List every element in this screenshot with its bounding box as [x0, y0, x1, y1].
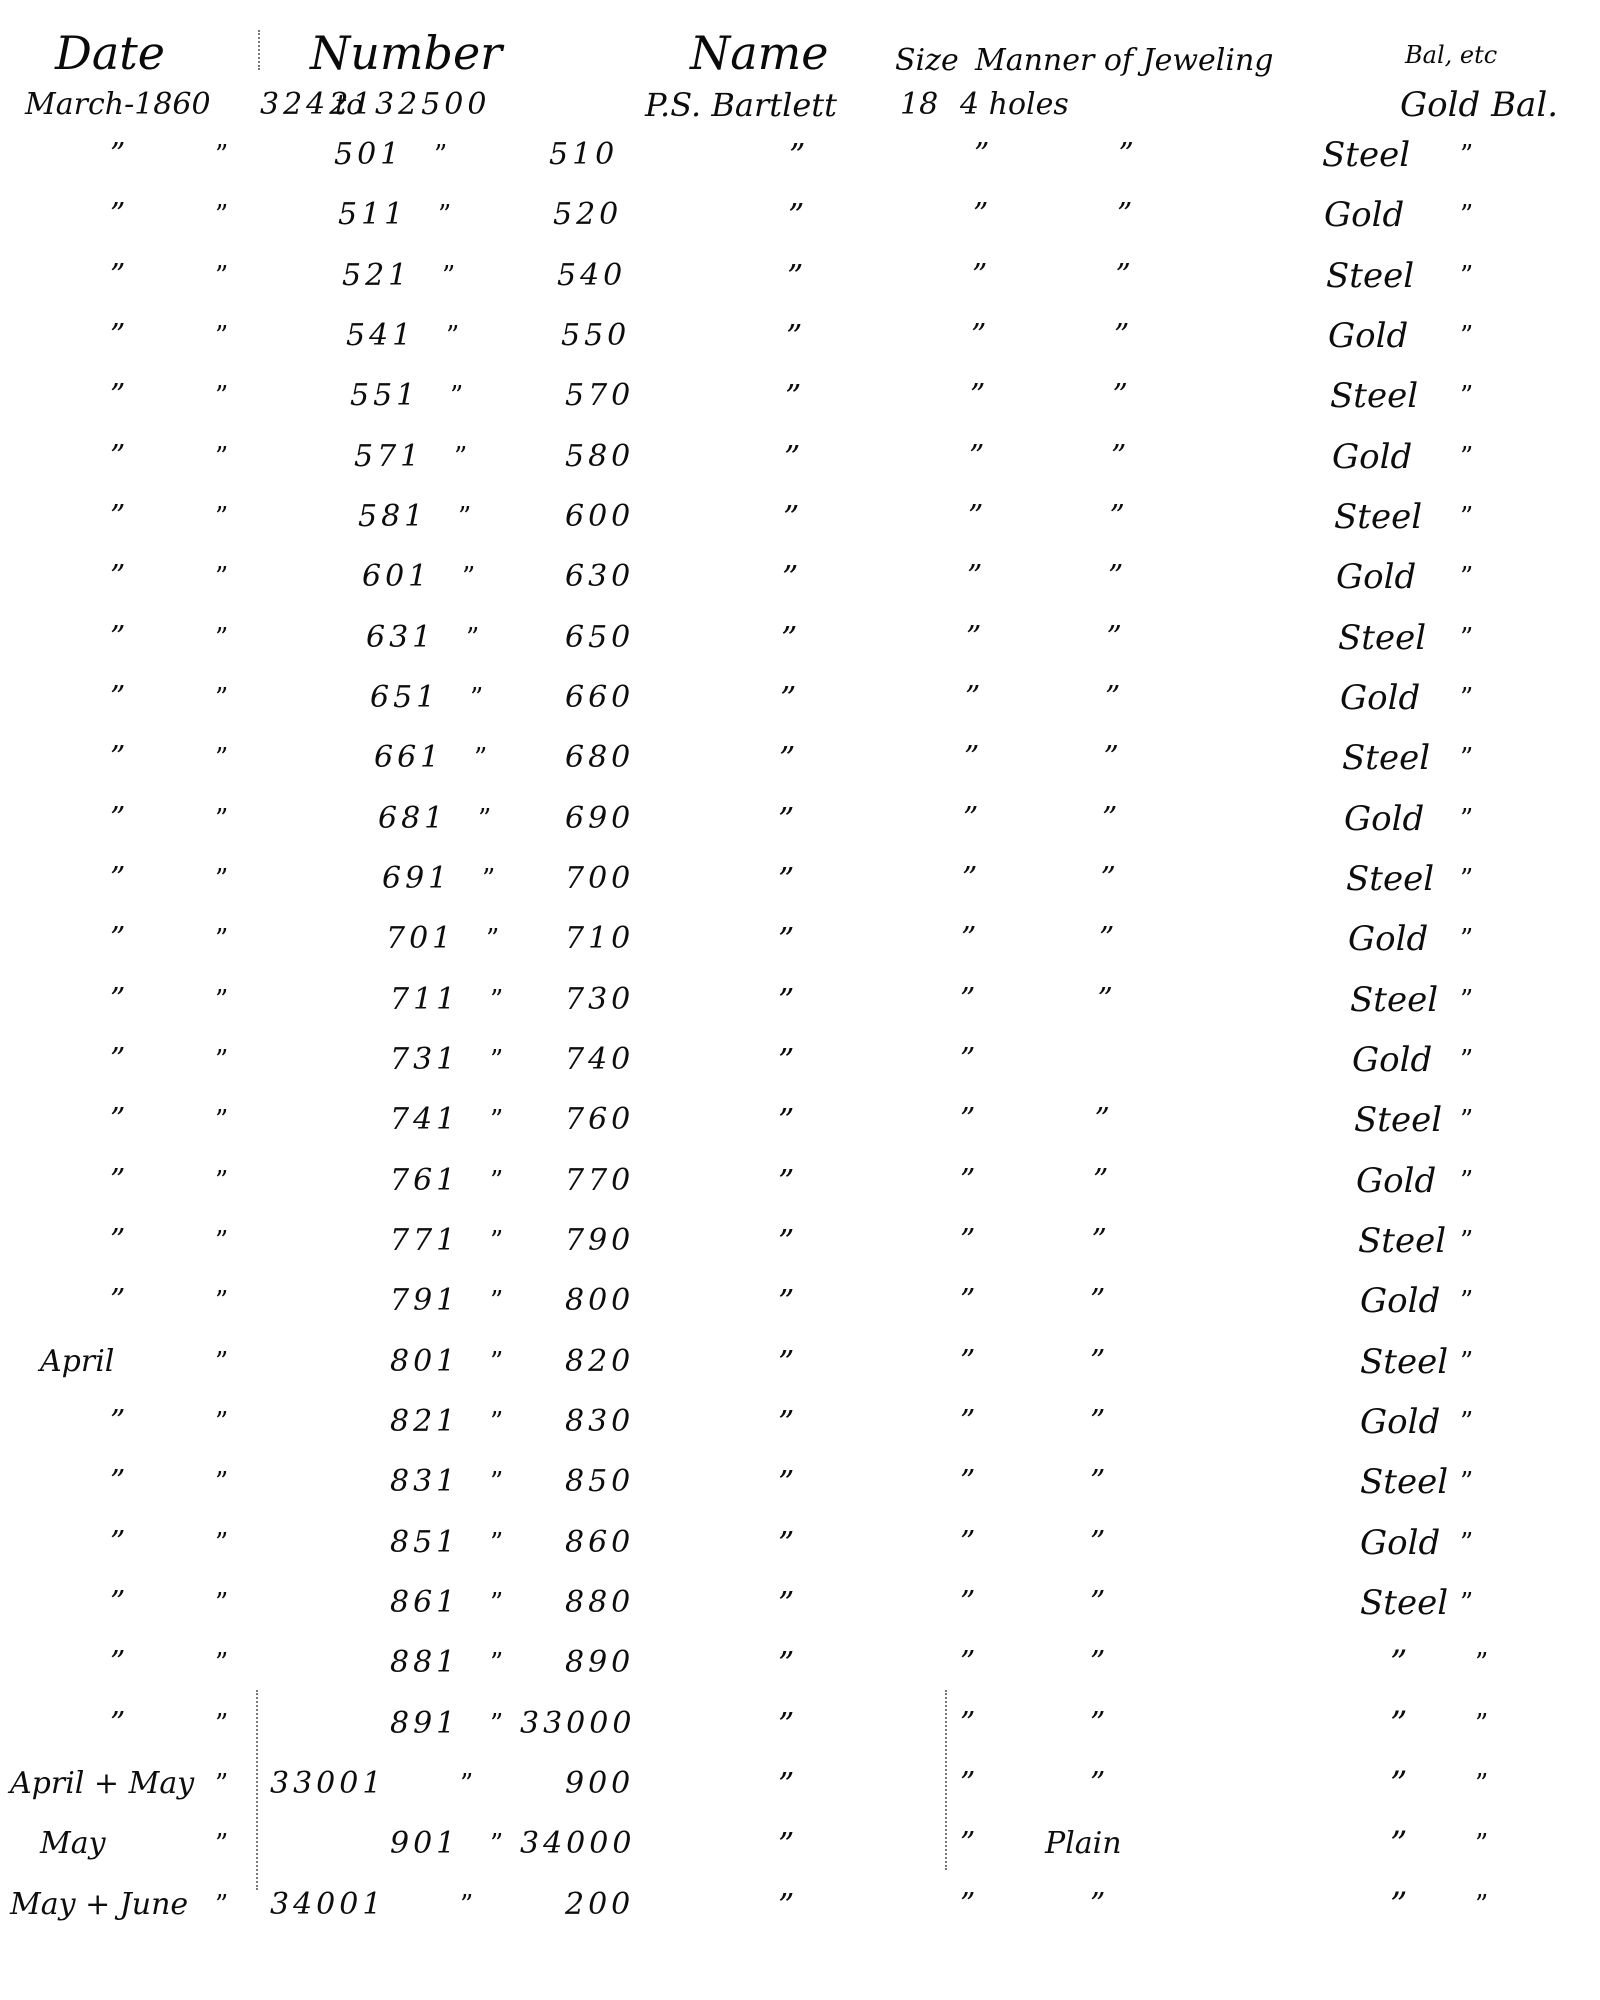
row-number-to-sep: ”: [462, 552, 473, 602]
row-balance-ditto: ”: [1460, 552, 1471, 602]
row-size: ”: [963, 794, 978, 844]
ledger-row: ” ” 891 ” 33000 ” ” ” ” ”: [0, 1699, 1600, 1749]
row-balance: Gold: [1352, 1035, 1432, 1085]
row-name: ”: [778, 1759, 794, 1809]
row-size: ”: [960, 1216, 975, 1266]
row-balance-ditto: ”: [1475, 1880, 1486, 1930]
row-date-ditto: ”: [215, 492, 226, 542]
row-date: ”: [110, 914, 125, 964]
ledger-row: ” ” 741 ” 760 ” ” ” Steel ”: [0, 1095, 1600, 1145]
row-name: ”: [785, 371, 801, 421]
row-balance-ditto: ”: [1460, 251, 1471, 301]
row-number-to: 850: [565, 1457, 634, 1507]
row-date: ”: [110, 1216, 125, 1266]
row-number-to: 890: [565, 1638, 634, 1688]
row-number-to-sep: ”: [490, 1819, 501, 1869]
row-number-from: 571: [354, 432, 423, 482]
row-number-from: 511: [338, 190, 407, 240]
row-name: ”: [778, 794, 794, 844]
row-number-to: 860: [565, 1518, 634, 1568]
row-date: ”: [110, 130, 125, 180]
row-date: ”: [110, 1035, 125, 1085]
row-balance: Steel: [1330, 371, 1418, 421]
ledger-row: ” ” 651 ” 660 ” ” ” Gold ”: [0, 673, 1600, 723]
row-date-ditto: ”: [215, 552, 226, 602]
row-number-from: 831: [390, 1457, 459, 1507]
row-name: ”: [781, 613, 797, 663]
row-number-from: 791: [390, 1276, 459, 1326]
row-number-to-sep: ”: [474, 733, 485, 783]
row-date: May + June: [10, 1880, 188, 1930]
row-date: ”: [110, 794, 125, 844]
row-number-to: 32500: [375, 80, 490, 130]
row-number-from: 771: [390, 1216, 459, 1266]
row-date: May: [40, 1819, 106, 1869]
row-number-to: 820: [565, 1337, 634, 1387]
row-size: ”: [969, 432, 984, 482]
row-date-ditto: ”: [215, 1337, 226, 1387]
row-balance-ditto: ”: [1460, 130, 1471, 180]
row-number-to-sep: ”: [490, 1699, 501, 1749]
row-name: ”: [778, 914, 794, 964]
row-balance: Gold: [1336, 552, 1416, 602]
row-date: ”: [110, 432, 125, 482]
row-balance: Steel: [1334, 492, 1422, 542]
row-balance-ditto: ”: [1460, 371, 1471, 421]
ledger-row: April ” 801 ” 820 ” ” ” Steel ”: [0, 1337, 1600, 1387]
row-balance: Steel: [1354, 1095, 1442, 1145]
row-date: April + May: [10, 1759, 194, 1809]
row-manner: ”: [1095, 1095, 1110, 1145]
row-number-from: 741: [390, 1095, 459, 1145]
ledger-row: ” ” 511 ” 520 ” ” ” Gold ”: [0, 190, 1600, 240]
row-number-from: 861: [390, 1578, 459, 1628]
row-size: ”: [970, 371, 985, 421]
row-balance: ”: [1390, 1819, 1407, 1869]
row-balance: Gold: [1328, 311, 1408, 361]
row-number-to-sep: ”: [482, 854, 493, 904]
row-size: ”: [974, 130, 989, 180]
header-number: Number: [310, 18, 502, 88]
column-separator: [258, 30, 260, 70]
row-manner: ”: [1090, 1880, 1105, 1930]
row-size: ”: [960, 1276, 975, 1326]
row-date-ditto: ”: [215, 1578, 226, 1628]
row-balance-ditto: ”: [1460, 1578, 1471, 1628]
row-size: ”: [960, 1095, 975, 1145]
row-size: ”: [960, 1819, 975, 1869]
row-number-to-sep: ”: [454, 432, 465, 482]
row-date: ”: [110, 552, 125, 602]
row-manner: ”: [1090, 1518, 1105, 1568]
row-name: ”: [788, 190, 804, 240]
row-date: ”: [110, 1638, 125, 1688]
row-manner: ”: [1116, 251, 1131, 301]
row-number-from: 901: [390, 1819, 459, 1869]
row-balance-ditto: ”: [1460, 1216, 1471, 1266]
row-date-ditto: ”: [215, 854, 226, 904]
row-number-to: 510: [549, 130, 618, 180]
row-number-to-sep: ”: [490, 975, 501, 1025]
row-date: ”: [110, 613, 125, 663]
row-date-ditto: ”: [215, 975, 226, 1025]
row-name: ”: [782, 552, 798, 602]
row-date-ditto: ”: [215, 673, 226, 723]
row-name: ”: [778, 1397, 794, 1447]
row-size: ”: [962, 854, 977, 904]
row-manner: ”: [1090, 1759, 1105, 1809]
ledger-row: ” ” 571 ” 580 ” ” ” Gold ”: [0, 432, 1600, 482]
row-size: ”: [965, 673, 980, 723]
row-number-to: 33000: [520, 1699, 635, 1749]
row-manner: ”: [1090, 1276, 1105, 1326]
row-size: ”: [966, 613, 981, 663]
header-name: Name: [690, 18, 829, 88]
row-balance-ditto: ”: [1460, 794, 1471, 844]
ledger-row: ” ” 581 ” 600 ” ” ” Steel ”: [0, 492, 1600, 542]
row-name: ”: [778, 1638, 794, 1688]
row-manner: ”: [1090, 1397, 1105, 1447]
row-balance-ditto: ”: [1460, 914, 1471, 964]
row-number-from: 551: [350, 371, 419, 421]
row-date: ”: [110, 1457, 125, 1507]
row-size: ”: [960, 1578, 975, 1628]
row-date-ditto: ”: [215, 613, 226, 663]
row-date: ”: [110, 1276, 125, 1326]
row-date-ditto: ”: [215, 371, 226, 421]
row-date-ditto: ”: [215, 794, 226, 844]
row-number-to: 710: [565, 914, 634, 964]
row-balance-ditto: ”: [1460, 1035, 1471, 1085]
row-balance-ditto: ”: [1460, 613, 1471, 663]
row-balance-ditto: ”: [1460, 492, 1471, 542]
row-date: ”: [110, 1578, 125, 1628]
row-date-ditto: ”: [215, 251, 226, 301]
row-number-to: 790: [565, 1216, 634, 1266]
row-balance: Steel: [1360, 1337, 1448, 1387]
row-number-from: 891: [390, 1699, 459, 1749]
row-size: ”: [967, 552, 982, 602]
row-size: ”: [960, 1457, 975, 1507]
row-number-to: 600: [565, 492, 634, 542]
row-balance-ditto: ”: [1475, 1819, 1486, 1869]
row-date-ditto: ”: [215, 1699, 226, 1749]
row-name: ”: [778, 1578, 794, 1628]
row-number-to: 580: [565, 432, 634, 482]
ledger-row: ” ” 501 ” 510 ” ” ” Steel ”: [0, 130, 1600, 180]
row-date-ditto: ”: [215, 1819, 226, 1869]
row-manner: ”: [1090, 1638, 1105, 1688]
row-number-from: 681: [378, 794, 447, 844]
row-balance: Steel: [1360, 1457, 1448, 1507]
row-date: ”: [110, 371, 125, 421]
row-size: ”: [960, 1518, 975, 1568]
ledger-row: ” ” 521 ” 540 ” ” ” Steel ”: [0, 251, 1600, 301]
row-number-to-sep: ”: [490, 1638, 501, 1688]
row-number-from: 541: [346, 311, 415, 361]
row-manner: ”: [1113, 371, 1128, 421]
row-number-to-sep: ”: [490, 1337, 501, 1387]
row-size: ”: [960, 1397, 975, 1447]
ledger-row: April + May ” 33001 ” 900 ” ” ” ” ”: [0, 1759, 1600, 1809]
row-number-to: 700: [565, 854, 634, 904]
row-balance-ditto: ”: [1460, 1156, 1471, 1206]
row-manner: ”: [1093, 1156, 1108, 1206]
row-name: ”: [786, 311, 802, 361]
row-balance: Steel: [1322, 130, 1410, 180]
row-size: ”: [960, 1880, 975, 1930]
row-date-ditto: ”: [215, 190, 226, 240]
row-size: ”: [961, 914, 976, 964]
row-number-from: 701: [386, 914, 455, 964]
row-number-to-sep: ”: [450, 371, 461, 421]
row-number-to: 550: [561, 311, 630, 361]
row-date-ditto: ”: [215, 1156, 226, 1206]
row-number-to-sep: ”: [490, 1035, 501, 1085]
row-number-to-sep: ”: [490, 1457, 501, 1507]
row-size: ”: [960, 1699, 975, 1749]
row-number-to: 800: [565, 1276, 634, 1326]
ledger-row: ” ” 881 ” 890 ” ” ” ” ”: [0, 1638, 1600, 1688]
row-name: ”: [778, 1337, 794, 1387]
row-number-from: 691: [382, 854, 451, 904]
row-number-to-sep: ”: [442, 251, 453, 301]
row-balance-ditto: ”: [1460, 311, 1471, 361]
row-balance: Steel: [1326, 251, 1414, 301]
row-balance-ditto: ”: [1460, 1397, 1471, 1447]
row-manner: ”: [1108, 552, 1123, 602]
row-date: ”: [110, 492, 125, 542]
row-manner: ”: [1090, 1578, 1105, 1628]
row-balance: Gold: [1332, 432, 1412, 482]
row-balance-ditto: ”: [1460, 673, 1471, 723]
row-number-to: 900: [565, 1759, 634, 1809]
row-date-ditto: ”: [215, 914, 226, 964]
row-number-to-sep: ”: [490, 1216, 501, 1266]
row-date: ”: [110, 673, 125, 723]
row-balance: Steel: [1350, 975, 1438, 1025]
row-date: ”: [110, 1095, 125, 1145]
ledger-row: ” ” 761 ” 770 ” ” ” Gold ”: [0, 1156, 1600, 1206]
row-balance-ditto: ”: [1460, 1337, 1471, 1387]
row-number-to: 740: [565, 1035, 634, 1085]
ledger-row: March-1860 32421 to 32500 P.S. Bartlett …: [0, 80, 1600, 130]
row-manner: ”: [1090, 1457, 1105, 1507]
ledger-row: ” ” 731 ” 740 ” ” Gold ”: [0, 1035, 1600, 1085]
row-size: 18: [900, 80, 938, 130]
ledger-row: ” ” 691 ” 700 ” ” ” Steel ”: [0, 854, 1600, 904]
row-balance: Gold: [1360, 1276, 1440, 1326]
row-manner: ”: [1110, 492, 1125, 542]
row-date-ditto: ”: [215, 1518, 226, 1568]
row-balance: Steel: [1338, 613, 1426, 663]
row-size: ”: [960, 1035, 975, 1085]
row-date: March-1860: [25, 80, 211, 130]
row-manner: ”: [1104, 733, 1119, 783]
ledger-row: ” ” 541 ” 550 ” ” ” Gold ”: [0, 311, 1600, 361]
row-number-from: 821: [390, 1397, 459, 1447]
row-balance-ditto: ”: [1460, 1518, 1471, 1568]
row-name: ”: [780, 673, 796, 723]
row-balance-ditto: ”: [1460, 975, 1471, 1025]
row-number-to: 520: [553, 190, 622, 240]
ledger-row: ” ” 551 ” 570 ” ” ” Steel ”: [0, 371, 1600, 421]
row-balance: Steel: [1360, 1578, 1448, 1628]
row-manner: ”: [1111, 432, 1126, 482]
row-date: ”: [110, 1156, 125, 1206]
row-manner: ”: [1092, 1216, 1107, 1266]
row-name: ”: [778, 1699, 794, 1749]
header-date: Date: [55, 18, 165, 88]
ledger-row: ” ” 661 ” 680 ” ” ” Steel ”: [0, 733, 1600, 783]
row-name: ”: [778, 1035, 794, 1085]
row-number-to: 730: [565, 975, 634, 1025]
row-number-from: 711: [390, 975, 459, 1025]
row-number-to: 830: [565, 1397, 634, 1447]
row-size: ”: [960, 1759, 975, 1809]
row-balance-ditto: ”: [1460, 733, 1471, 783]
row-size: ”: [960, 975, 975, 1025]
row-number-to: 690: [565, 794, 634, 844]
row-manner: ”: [1102, 794, 1117, 844]
row-name: P.S. Bartlett: [645, 80, 837, 130]
row-manner: ”: [1101, 854, 1116, 904]
row-balance: Gold: [1360, 1397, 1440, 1447]
row-number-to: 540: [557, 251, 626, 301]
row-name: ”: [778, 1156, 794, 1206]
row-number-to-sep: ”: [470, 673, 481, 723]
row-size: ”: [972, 251, 987, 301]
row-balance: Gold: [1360, 1518, 1440, 1568]
row-number-to-sep: to: [335, 80, 363, 130]
row-name: ”: [778, 1095, 794, 1145]
row-number-from: 651: [370, 673, 439, 723]
row-date: ”: [110, 733, 125, 783]
row-balance: Steel: [1346, 854, 1434, 904]
row-number-to-sep: ”: [434, 130, 445, 180]
row-number-to-sep: ”: [490, 1156, 501, 1206]
row-size: ”: [960, 1638, 975, 1688]
row-date-ditto: ”: [215, 1276, 226, 1326]
row-date: April: [40, 1337, 114, 1387]
row-balance: Steel: [1358, 1216, 1446, 1266]
row-name: ”: [783, 492, 799, 542]
row-balance: Gold: [1348, 914, 1428, 964]
row-name: ”: [778, 1819, 794, 1869]
row-manner: ”: [1098, 975, 1113, 1025]
row-number-to-sep: ”: [490, 1578, 501, 1628]
row-size: ”: [964, 733, 979, 783]
row-balance-ditto: ”: [1460, 432, 1471, 482]
row-number-from: 501: [334, 130, 403, 180]
row-size: ”: [973, 190, 988, 240]
row-date: ”: [110, 311, 125, 361]
row-number-to-sep: ”: [458, 492, 469, 542]
row-balance: Gold: [1356, 1156, 1436, 1206]
row-balance: Gold Bal.: [1400, 80, 1558, 130]
row-balance: ”: [1390, 1759, 1407, 1809]
row-date: ”: [110, 1699, 125, 1749]
row-name: ”: [784, 432, 800, 482]
row-name: ”: [778, 975, 794, 1025]
row-number-from: 33001: [270, 1759, 385, 1809]
row-balance-ditto: ”: [1475, 1759, 1486, 1809]
row-manner: ”: [1090, 1699, 1105, 1749]
row-balance-ditto: ”: [1460, 1457, 1471, 1507]
row-name: ”: [778, 1276, 794, 1326]
row-number-to-sep: ”: [478, 794, 489, 844]
row-number-to: 570: [565, 371, 634, 421]
row-date-ditto: ”: [215, 733, 226, 783]
row-number-to: 880: [565, 1578, 634, 1628]
row-manner: ”: [1105, 673, 1120, 723]
ledger-page: Date Number Name Size Manner of Jeweling…: [0, 0, 1600, 2000]
ledger-row: ” ” 601 ” 630 ” ” ” Gold ”: [0, 552, 1600, 602]
row-number-from: 881: [390, 1638, 459, 1688]
row-number-to: 200: [565, 1880, 634, 1930]
row-number-to-sep: ”: [460, 1880, 471, 1930]
row-balance-ditto: ”: [1475, 1699, 1486, 1749]
ledger-row: May + June ” 34001 ” 200 ” ” ” ” ”: [0, 1880, 1600, 1930]
row-number-to-sep: ”: [490, 1518, 501, 1568]
row-manner: ”: [1114, 311, 1129, 361]
row-name: ”: [778, 1216, 794, 1266]
row-name: ”: [778, 854, 794, 904]
row-balance-ditto: ”: [1475, 1638, 1486, 1688]
row-number-from: 761: [390, 1156, 459, 1206]
row-manner: ”: [1117, 190, 1132, 240]
row-number-from: 731: [390, 1035, 459, 1085]
row-manner: ”: [1090, 1337, 1105, 1387]
row-date-ditto: ”: [215, 1035, 226, 1085]
row-number-from: 801: [390, 1337, 459, 1387]
row-date: ”: [110, 190, 125, 240]
row-date-ditto: ”: [215, 1457, 226, 1507]
ledger-row: ” ” 711 ” 730 ” ” ” Steel ”: [0, 975, 1600, 1025]
row-number-from: 661: [374, 733, 443, 783]
row-size: ”: [968, 492, 983, 542]
row-number-from: 581: [358, 492, 427, 542]
row-number-from: 601: [362, 552, 431, 602]
row-balance: Gold: [1324, 190, 1404, 240]
row-number-to-sep: ”: [438, 190, 449, 240]
row-number-from: 631: [366, 613, 435, 663]
row-date-ditto: ”: [215, 432, 226, 482]
row-number-to-sep: ”: [490, 1397, 501, 1447]
row-number-to-sep: ”: [466, 613, 477, 663]
ledger-row: ” ” 821 ” 830 ” ” ” Gold ”: [0, 1397, 1600, 1447]
row-size: ”: [971, 311, 986, 361]
ledger-row: May ” 901 ” 34000 ” ” Plain ” ”: [0, 1819, 1600, 1869]
row-date: ”: [110, 854, 125, 904]
row-number-to-sep: ”: [446, 311, 457, 361]
row-manner: 4 holes: [960, 80, 1069, 130]
ledger-row: ” ” 681 ” 690 ” ” ” Gold ”: [0, 794, 1600, 844]
row-date: ”: [110, 251, 125, 301]
row-date-ditto: ”: [215, 1216, 226, 1266]
ledger-row: ” ” 791 ” 800 ” ” ” Gold ”: [0, 1276, 1600, 1326]
row-name: ”: [778, 1880, 794, 1930]
row-balance-ditto: ”: [1460, 1276, 1471, 1326]
row-name: ”: [778, 1518, 794, 1568]
row-number-to: 680: [565, 733, 634, 783]
row-date-ditto: ”: [215, 1759, 226, 1809]
row-date-ditto: ”: [215, 1880, 226, 1930]
row-date-ditto: ”: [215, 1095, 226, 1145]
row-name: ”: [778, 1457, 794, 1507]
ledger-row: ” ” 701 ” 710 ” ” ” Gold ”: [0, 914, 1600, 964]
row-number-from: 851: [390, 1518, 459, 1568]
